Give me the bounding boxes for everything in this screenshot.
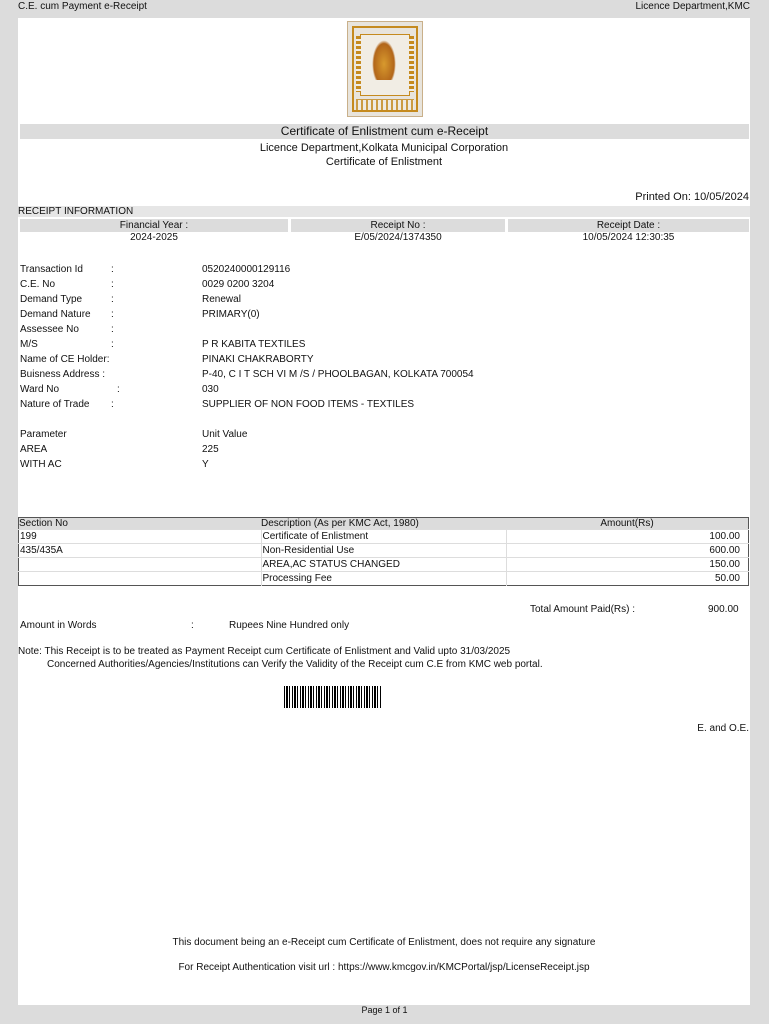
receipt-date-header: Receipt Date : <box>508 219 749 232</box>
amount-words-colon: : <box>191 620 194 631</box>
certificate-subtitle: Certificate of Enlistment <box>18 156 750 168</box>
field-colon: : <box>111 292 114 307</box>
fee-amount: 600.00 <box>506 544 749 558</box>
header-left: C.E. cum Payment e-Receipt <box>18 1 147 12</box>
field-label: C.E. No <box>20 277 55 292</box>
section-no <box>19 558 262 572</box>
total-label: Total Amount Paid(Rs) : <box>530 604 635 615</box>
fee-amount: 100.00 <box>506 530 749 544</box>
field-value: 030 <box>202 382 219 397</box>
receipt-no-header: Receipt No : <box>291 219 505 232</box>
note-line-1: Note: This Receipt is to be treated as P… <box>18 645 543 658</box>
section-no: 435/435A <box>19 544 262 558</box>
field-label: Parameter <box>20 427 67 442</box>
field-colon: : <box>111 337 114 352</box>
field-label: Transaction Id <box>20 262 83 277</box>
document-title: Certificate of Enlistment cum e-Receipt <box>20 124 749 139</box>
fee-table: Section No Description (As per KMC Act, … <box>18 517 749 586</box>
department-name: Licence Department,Kolkata Municipal Cor… <box>18 142 750 154</box>
receipt-info-label: RECEIPT INFORMATION <box>18 206 750 217</box>
field-value: PRIMARY(0) <box>202 307 260 322</box>
financial-year-value: 2024-2025 <box>20 232 288 243</box>
description-header: Description (As per KMC Act, 1980) <box>261 518 506 530</box>
field-label: Name of CE Holder: <box>20 352 109 367</box>
header-bar: C.E. cum Payment e-Receipt Licence Depar… <box>0 0 769 14</box>
receipt-date-value: 10/05/2024 12:30:35 <box>508 232 749 243</box>
field-label: AREA <box>20 442 47 457</box>
field-value: P-40, C I T SCH VI M /S / PHOOLBAGAN, KO… <box>202 367 474 382</box>
field-colon: : <box>111 307 114 322</box>
printed-on: Printed On: 10/05/2024 <box>635 191 749 203</box>
fee-row: 199Certificate of Enlistment100.00 <box>19 530 749 544</box>
field-value: 225 <box>202 442 219 457</box>
field-value: P R KABITA TEXTILES <box>202 337 305 352</box>
header-right: Licence Department,KMC <box>636 1 751 12</box>
authentication-url[interactable]: For Receipt Authentication visit url : h… <box>18 962 750 973</box>
field-value: PINAKI CHAKRABORTY <box>202 352 314 367</box>
amount-header: Amount(Rs) <box>506 518 749 530</box>
note-line-2: Concerned Authorities/Agencies/Instituti… <box>18 658 543 671</box>
fee-row: Processing Fee50.00 <box>19 572 749 586</box>
field-label: Ward No <box>20 382 59 397</box>
fee-amount: 150.00 <box>506 558 749 572</box>
field-label: Buisness Address : <box>20 367 105 382</box>
field-value: Unit Value <box>202 427 247 442</box>
amount-words-value: Rupees Nine Hundred only <box>229 620 349 631</box>
fee-row: 435/435ANon-Residential Use600.00 <box>19 544 749 558</box>
field-colon: : <box>111 262 114 277</box>
field-label: Demand Type <box>20 292 82 307</box>
field-colon: : <box>117 382 120 397</box>
fee-description: Processing Fee <box>261 572 506 586</box>
total-value: 900.00 <box>708 604 739 615</box>
errors-omissions-excepted: E. and O.E. <box>697 723 749 734</box>
field-label: Nature of Trade <box>20 397 89 412</box>
barcode <box>284 686 381 708</box>
financial-year-header: Financial Year : <box>20 219 288 232</box>
field-label: WITH AC <box>20 457 62 472</box>
amount-words-label: Amount in Words <box>20 620 97 631</box>
field-colon: : <box>111 277 114 292</box>
section-no <box>19 572 262 586</box>
receipt-no-value: E/05/2024/1374350 <box>291 232 505 243</box>
field-label: Demand Nature <box>20 307 91 322</box>
validity-note: Note: This Receipt is to be treated as P… <box>18 645 543 671</box>
section-no-header: Section No <box>19 518 262 530</box>
field-label: Assessee No <box>20 322 79 337</box>
field-value: SUPPLIER OF NON FOOD ITEMS - TEXTILES <box>202 397 414 412</box>
fee-description: AREA,AC STATUS CHANGED <box>261 558 506 572</box>
field-value: 0029 0200 3204 <box>202 277 274 292</box>
fee-description: Non-Residential Use <box>261 544 506 558</box>
field-value: Renewal <box>202 292 241 307</box>
field-label: M/S <box>20 337 38 352</box>
kmc-emblem-logo <box>347 21 423 117</box>
section-no: 199 <box>19 530 262 544</box>
fee-description: Certificate of Enlistment <box>261 530 506 544</box>
fee-row: AREA,AC STATUS CHANGED150.00 <box>19 558 749 572</box>
page-number: Page 1 of 1 <box>0 1005 769 1015</box>
field-colon: : <box>111 322 114 337</box>
signature-disclaimer: This document being an e-Receipt cum Cer… <box>18 937 750 948</box>
field-value: Y <box>202 457 209 472</box>
field-value: 0520240000129116 <box>202 262 290 277</box>
field-colon: : <box>111 397 114 412</box>
receipt-page: Certificate of Enlistment cum e-Receipt … <box>18 18 750 1005</box>
flame-icon <box>372 40 396 80</box>
fee-amount: 50.00 <box>506 572 749 586</box>
